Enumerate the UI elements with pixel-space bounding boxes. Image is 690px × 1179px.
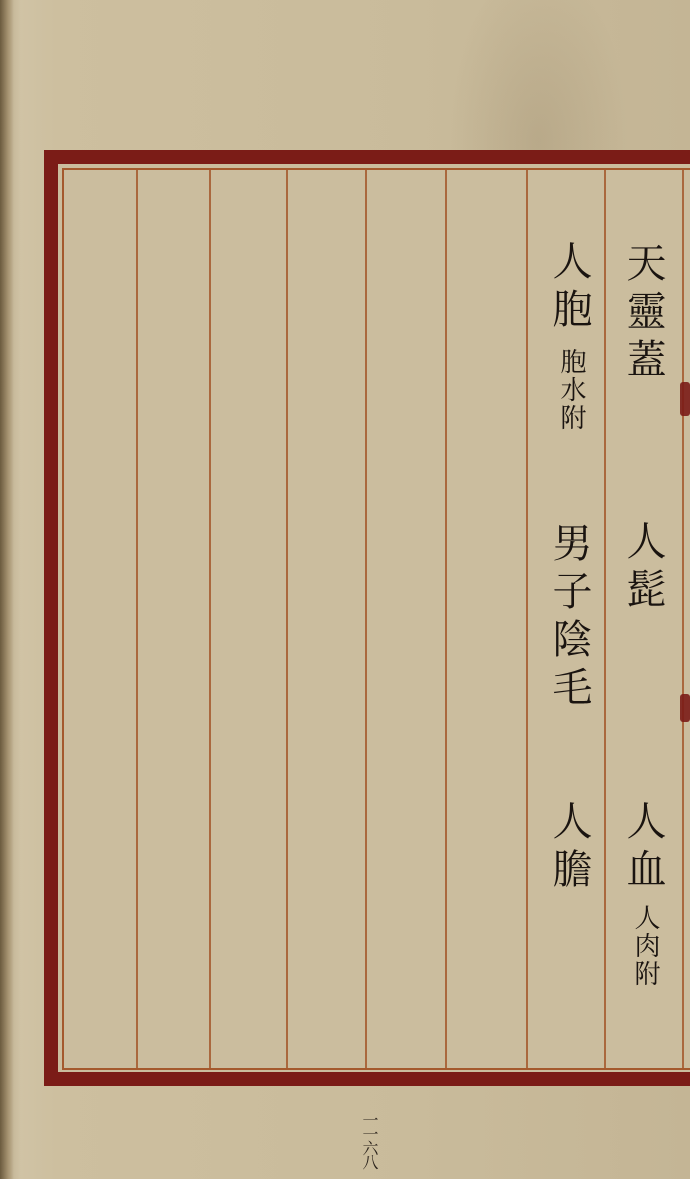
column-rule — [445, 170, 447, 1068]
text-column-2-entry2: 男子陰毛 — [538, 522, 598, 742]
text-column-1-entry2: 人髭 — [612, 520, 672, 640]
annotation-baoshui-fu: 胞水附 — [553, 348, 590, 432]
column-rule — [682, 170, 684, 1068]
entry-nanzi-yinmao: 男子陰毛 — [541, 522, 598, 714]
column-rule — [286, 170, 288, 1068]
text-column-1-entry3: 人血 — [612, 800, 672, 910]
red-ink-blot — [680, 694, 690, 722]
annotation-renrou-fu: 人肉附 — [627, 904, 664, 988]
column-rule — [209, 170, 211, 1068]
text-column-1-annotation: 人肉附 — [632, 904, 668, 1014]
entry-rendan: 人膽 — [541, 800, 598, 896]
entry-renxue: 人血 — [615, 800, 672, 896]
entry-renzi: 人髭 — [615, 520, 672, 616]
entry-renbao: 人胞 — [541, 240, 598, 336]
red-ink-blot — [680, 382, 690, 416]
column-rule — [365, 170, 367, 1068]
page-number: 一一六八 — [357, 1112, 381, 1168]
column-rule — [526, 170, 528, 1068]
entry-tianlinggai: 天靈蓋 — [615, 242, 672, 386]
text-column-2-entry3: 人膽 — [538, 800, 598, 910]
book-spine-shadow — [0, 0, 14, 1179]
column-rule — [136, 170, 138, 1068]
text-column-2-annotation: 胞水附 — [558, 348, 594, 458]
column-rule — [604, 170, 606, 1068]
text-column-2-entry1: 人胞 — [538, 240, 598, 350]
